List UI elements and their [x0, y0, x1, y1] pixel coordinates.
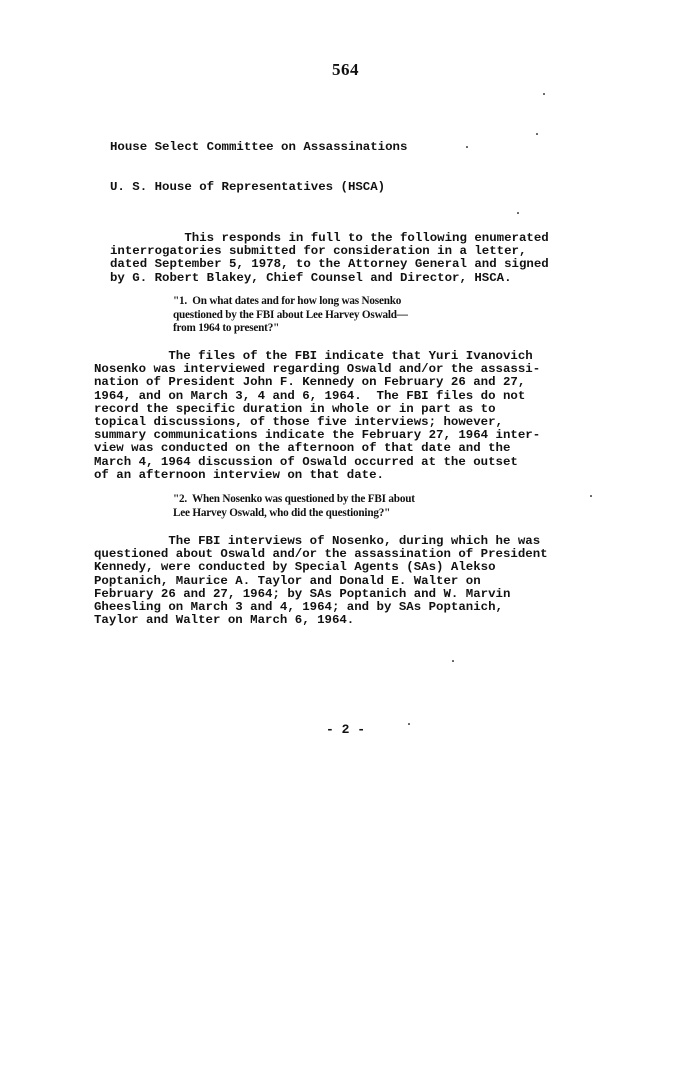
page-number: 564 [0, 60, 691, 80]
scan-speck [543, 93, 545, 95]
answer-1-paragraph: The files of the FBI indicate that Yuri … [94, 350, 540, 482]
question-1: "1. On what dates and for how long was N… [173, 295, 408, 336]
addressee-line-house: U. S. House of Representatives (HSCA) [110, 181, 407, 194]
footer-page-number: - 2 - [0, 722, 691, 737]
scan-speck [590, 495, 592, 497]
scan-speck [466, 146, 468, 148]
scan-speck [517, 212, 519, 214]
intro-paragraph: This responds in full to the following e… [110, 232, 549, 285]
scan-speck [536, 133, 538, 135]
scan-speck [452, 660, 454, 662]
addressee-line-committee: House Select Committee on Assassinations [110, 141, 407, 154]
answer-2-paragraph: The FBI interviews of Nosenko, during wh… [94, 535, 548, 627]
question-2: "2. When Nosenko was questioned by the F… [173, 493, 415, 520]
addressee-block: House Select Committee on Assassinations… [110, 115, 407, 221]
scan-speck [408, 723, 410, 725]
